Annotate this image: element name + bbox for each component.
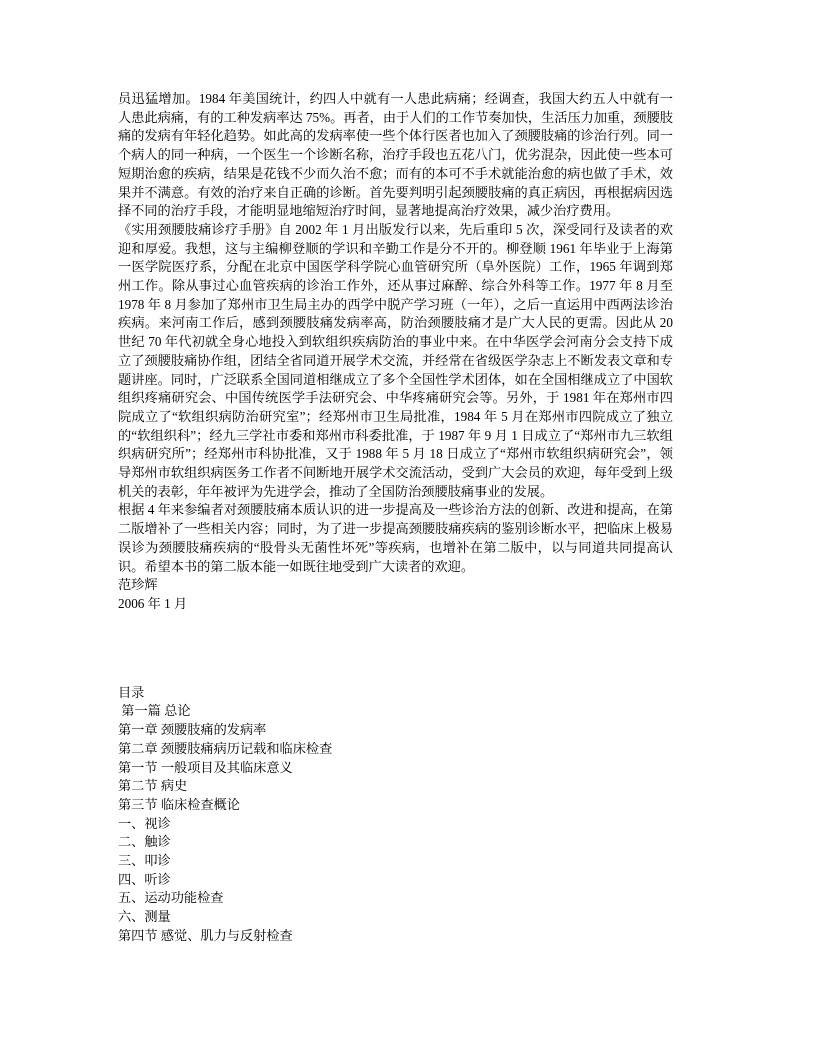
body-paragraph: 根据 4 年来参编者对颈腰肢痛本质认识的进一步提高及一些诊治方法的创新、改进和提…: [118, 501, 673, 576]
toc-item: 二、触诊: [118, 833, 673, 852]
toc-item: 第二节 病史: [118, 777, 673, 796]
date-line: 2006 年 1 月: [118, 595, 673, 614]
page-content: 员迅猛增加。1984 年美国统计，约四人中就有一人患此病痛；经调查，我国大约五人…: [118, 90, 673, 946]
toc-item: 一、视诊: [118, 815, 673, 834]
toc-item: 第三节 临床检查概论: [118, 796, 673, 815]
table-of-contents: 目录 第一篇 总论 第一章 颈腰肢痛的发病率 第二章 颈腰肢痛病历记载和临床检查…: [118, 684, 673, 946]
body-paragraph: 员迅猛增加。1984 年美国统计，约四人中就有一人患此病痛；经调查，我国大约五人…: [118, 90, 673, 221]
toc-item: 五、运动功能检查: [118, 889, 673, 908]
toc-title: 目录: [118, 684, 673, 703]
toc-item: 第四节 感觉、肌力与反射检查: [118, 927, 673, 946]
body-paragraph: 《实用颈腰肢痛诊疗手册》自 2002 年 1 月出版发行以来，先后重印 5 次，…: [118, 221, 673, 502]
toc-item: 第一篇 总论: [118, 702, 673, 721]
toc-item: 四、听诊: [118, 871, 673, 890]
author-signature: 范珍辉: [118, 576, 673, 595]
toc-item: 六、测量: [118, 908, 673, 927]
toc-item: 第一章 颈腰肢痛的发病率: [118, 721, 673, 740]
document-page: 员迅猛增加。1984 年美国统计，约四人中就有一人患此病痛；经调查，我国大约五人…: [0, 0, 816, 1056]
toc-item: 三、叩诊: [118, 852, 673, 871]
toc-item: 第二章 颈腰肢痛病历记载和临床检查: [118, 740, 673, 759]
toc-item: 第一节 一般项目及其临床意义: [118, 759, 673, 778]
